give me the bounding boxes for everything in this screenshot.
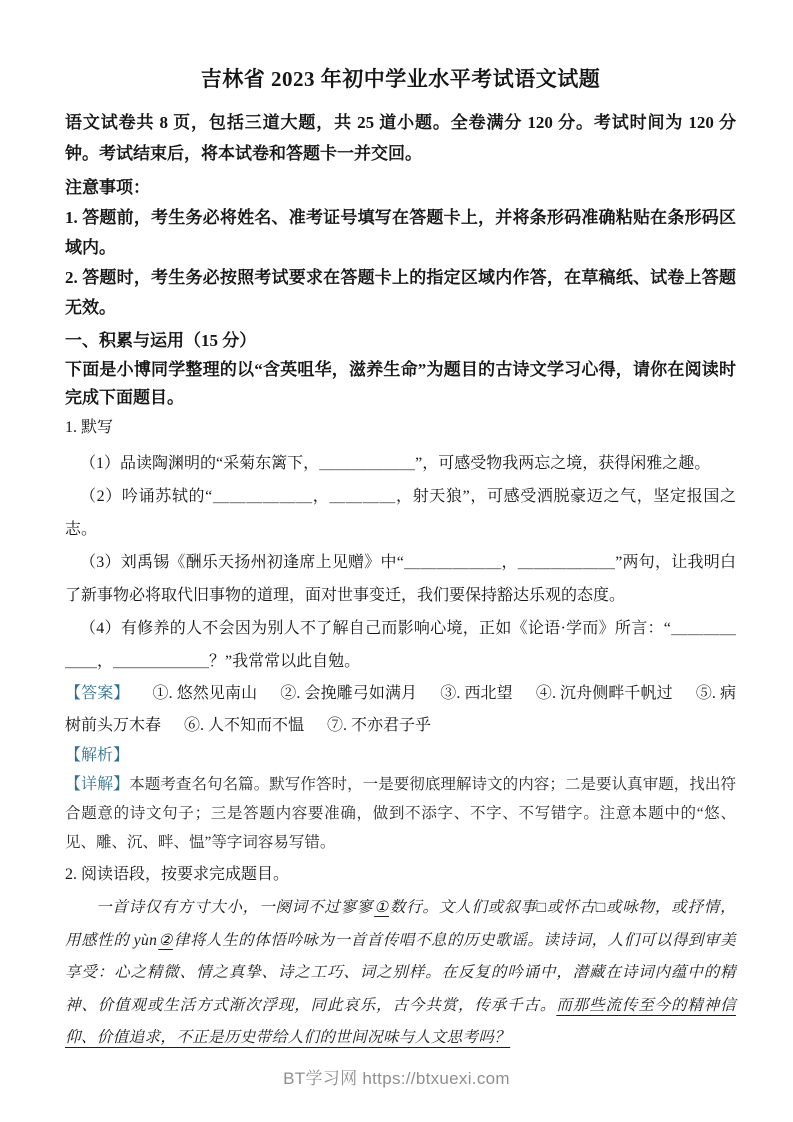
passage-blank-1: ① [373, 899, 390, 916]
answer-item-4: ④. 沉舟侧畔千帆过 [536, 685, 673, 702]
answer-line: 【答案】 ①. 悠然见南山 ②. 会挽雕弓如满月 ③. 西北望 ④. 沉舟侧畔千… [65, 678, 736, 742]
answer-item-6: ⑥. 人不知而不愠 [184, 717, 304, 734]
question-1-item-1: （1）品读陶渊明的“采菊东篱下，＿＿＿＿＿＿”，可感受物我两忘之境，获得闲雅之趣… [65, 447, 736, 480]
passage-segment-1: 一首诗仅有方寸大小，一阕词不过寥寥 [96, 899, 373, 916]
question-2-stem: 2. 阅读语段，按要求完成题目。 [65, 861, 736, 889]
question-1-item-4: （4）有修养的人不会因为别人不了解自己而影响心境，正如《论语·学而》所言：“＿＿… [65, 612, 736, 678]
section-one-heading: 一、积累与运用（15 分） [65, 326, 736, 356]
detail-label: 【详解】 [65, 776, 129, 793]
question-1-item-3: （3）刘禹锡《酬乐天扬州初逢席上见赠》中“＿＿＿＿＿＿，＿＿＿＿＿＿”两句，让我… [65, 546, 736, 612]
detail-explanation: 【详解】本题考查名句名篇。默写作答时，一是要彻底理解诗文的内容；二是要认真审题，… [65, 770, 736, 857]
section-one-lead: 下面是小博同学整理的以“含英咀华，滋养生命”为题目的古诗文学习心得，请你在阅读时… [65, 356, 736, 412]
question-2-passage: 一首诗仅有方寸大小，一阕词不过寥寥①数行。文人们或叙事□或怀古□或咏物，或抒情，… [65, 892, 736, 1055]
answer-item-7: ⑦. 不亦君子乎 [327, 717, 431, 734]
answer-item-3: ③. 西北望 [440, 685, 512, 702]
passage-blank-2: ② [157, 932, 174, 949]
footer-watermark: BT学习网 https://btxuexi.com [0, 1064, 793, 1089]
notice-item-1: 1. 答题前，考生务必将姓名、准考证号填写在答题卡上，并将条形码准确粘贴在条形码… [65, 203, 736, 263]
question-1-item-2: （2）吟诵苏轼的“＿＿＿＿＿＿，＿＿＿＿，射天狼”，可感受洒脱豪迈之气，坚定报国… [65, 480, 736, 546]
notice-title: 注意事项： [65, 173, 736, 203]
detail-text: 本题考查名句名篇。默写作答时，一是要彻底理解诗文的内容；二是要认真审题，找出符合… [65, 776, 736, 851]
exam-paper-page: 吉林省 2023 年初中学业水平考试语文试题 语文试卷共 8 页，包括三道大题，… [0, 0, 793, 1055]
question-1-stem: 1. 默写 [65, 414, 736, 442]
answer-item-1: ①. 悠然见南山 [153, 685, 258, 702]
analysis-label-line: 【解析】 [65, 742, 736, 770]
notice-item-2: 2. 答题时，考生务必按照考试要求在答题卡上的指定区域内作答，在草稿纸、试卷上答… [65, 263, 736, 323]
answer-label: 【答案】 [65, 685, 129, 702]
page-title: 吉林省 2023 年初中学业水平考试语文试题 [65, 64, 736, 94]
analysis-label: 【解析】 [65, 747, 129, 764]
answer-item-2: ②. 会挽雕弓如满月 [280, 685, 417, 702]
exam-info-paragraph: 语文试卷共 8 页，包括三道大题，共 25 道小题。全卷满分 120 分。考试时… [65, 107, 736, 169]
